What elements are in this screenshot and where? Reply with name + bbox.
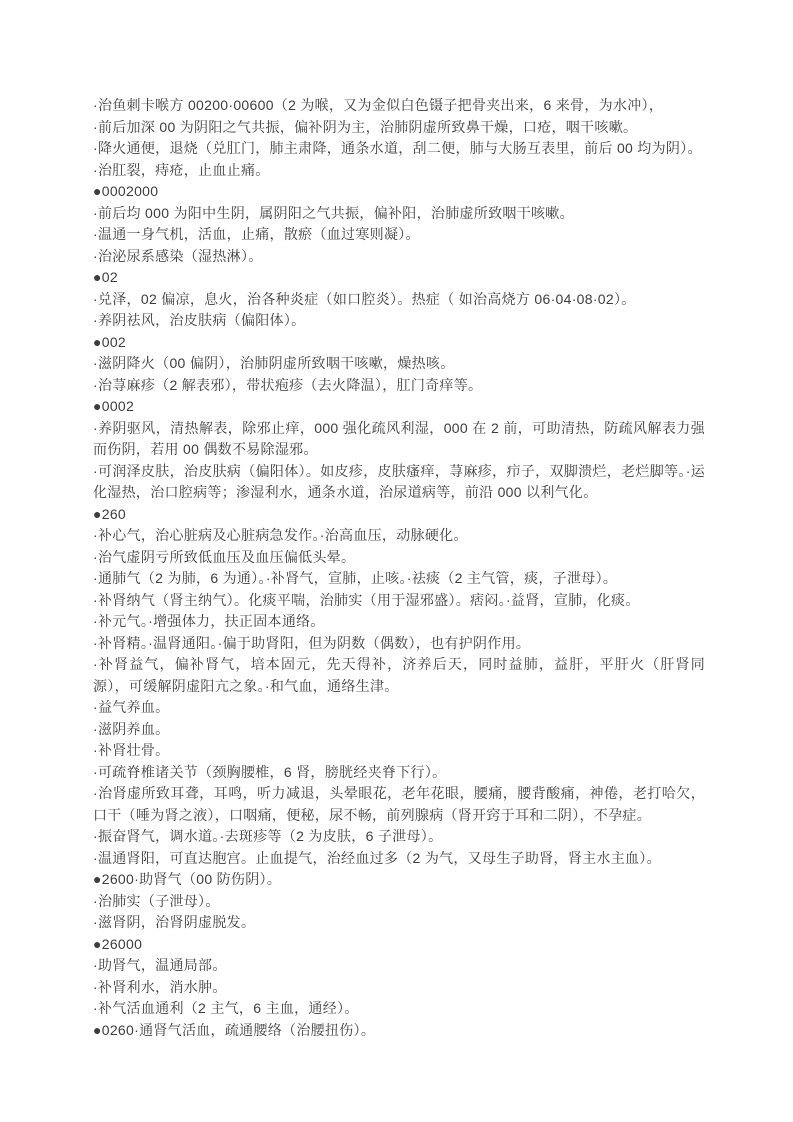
note-paragraph: ·补肾利水，消水肿。: [93, 977, 705, 999]
note-paragraph: ·治气虚阴亏所致低血压及血压偏低头晕。: [93, 547, 705, 569]
note-paragraph: ·治肛裂，痔疮，止血止痛。: [93, 160, 705, 182]
bullet-code-heading: ●002: [93, 332, 705, 354]
note-paragraph: ·补肾壮骨。: [93, 740, 705, 762]
note-paragraph: ·治肺实（子泄母）。: [93, 891, 705, 913]
note-paragraph: ·治肾虚所致耳聋，耳鸣，听力减退，头晕眼花，老年花眼，腰痛，腰背酸痛，神倦，老打…: [93, 783, 705, 826]
note-paragraph: ·补元气。·增强体力，扶正固本通络。: [93, 611, 705, 633]
note-paragraph: ·降火通便，退烧（兑肛门，肺主肃降，通条水道，刮二便，肺与大肠互表里，前后 00…: [93, 138, 705, 160]
bullet-code-heading: ●0002000: [93, 181, 705, 203]
note-paragraph: ·温通一身气机，活血，止痛，散瘀（血过寒则凝）。: [93, 224, 705, 246]
note-paragraph: ·可润泽皮肤，治皮肤病（偏阳体）。如皮疹，皮肤瘙痒，荨麻疹，疖子，双脚溃烂，老烂…: [93, 461, 705, 504]
note-paragraph: ·养阴祛风，治皮肤病（偏阳体）。: [93, 310, 705, 332]
note-paragraph: ·前后均 000 为阳中生阴，属阴阳之气共振，偏补阳，治肺虚所致咽干咳嗽。: [93, 203, 705, 225]
note-paragraph: ·补心气，治心脏病及心脏病急发作。·治高血压，动脉硬化。: [93, 525, 705, 547]
document-content: ·治鱼刺卡喉方 00200·00600（2 为喉，又为金似白色镊子把骨夹出来，6…: [93, 95, 705, 1041]
note-paragraph: ·滋肾阴，治肾阴虚脱发。: [93, 912, 705, 934]
note-paragraph: ·治荨麻疹（2 解表邪），带状疱疹（去火降温），肛门奇痒等。: [93, 375, 705, 397]
bullet-code-heading: ●260: [93, 504, 705, 526]
note-paragraph: ·滋阴养血。: [93, 719, 705, 741]
note-paragraph: ·益气养血。: [93, 697, 705, 719]
note-paragraph: ·治鱼刺卡喉方 00200·00600（2 为喉，又为金似白色镊子把骨夹出来，6…: [93, 95, 705, 117]
note-paragraph: ·治泌尿系感染（湿热淋）。: [93, 246, 705, 268]
bullet-code-heading: ●0002: [93, 396, 705, 418]
document-page: ·治鱼刺卡喉方 00200·00600（2 为喉，又为金似白色镊子把骨夹出来，6…: [0, 0, 793, 1122]
bullet-code-heading: ●02: [93, 267, 705, 289]
note-paragraph: ·补肾益气，偏补肾气，培本固元，先天得补，济养后天，同时益肺，益肝，平肝火（肝肾…: [93, 654, 705, 697]
bullet-code-heading: ●2600·助肾气（00 防伤阴）。: [93, 869, 705, 891]
note-paragraph: ·养阴驱风，清热解表，除邪止痒，000 强化疏风利湿，000 在 2 前，可助清…: [93, 418, 705, 461]
bullet-code-heading: ●26000: [93, 934, 705, 956]
note-paragraph: ·前后加深 00 为阴阳之气共振，偏补阴为主，治肺阴虚所致鼻干燥，口疮，咽干咳嗽…: [93, 117, 705, 139]
note-paragraph: ·兑泽，02 偏凉，息火，治各种炎症（如口腔炎）。热症（ 如治高烧方 06·04…: [93, 289, 705, 311]
note-paragraph: ·助肾气，温通局部。: [93, 955, 705, 977]
note-paragraph: ·补肾纳气（肾主纳气）。化痰平喘，治肺实（用于湿邪盛）。痞闷。·益肾，宣肺，化痰…: [93, 590, 705, 612]
note-paragraph: ·补肾精。·温肾通阳。·偏于助肾阳，但为阴数（偶数），也有护阴作用。: [93, 633, 705, 655]
note-paragraph: ·通肺气（2 为肺，6 为通）。·补肾气，宣肺，止咳。·祛痰（2 主气管，痰，子…: [93, 568, 705, 590]
note-paragraph: ·振奋肾气，调水道。·去斑疹等（2 为皮肤，6 子泄母）。: [93, 826, 705, 848]
note-paragraph: ·温通肾阳，可直达胞宫。止血提气，治经血过多（2 为气，又母生子助肾，肾主水主血…: [93, 848, 705, 870]
bullet-code-heading: ●0260·通肾气活血，疏通腰络（治腰扭伤）。: [93, 1020, 705, 1042]
note-paragraph: ·可疏脊椎诸关节（颈胸腰椎，6 肾，膀胱经夹脊下行）。: [93, 762, 705, 784]
note-paragraph: ·补气活血通利（2 主气，6 主血，通经）。: [93, 998, 705, 1020]
note-paragraph: ·滋阴降火（00 偏阴），治肺阴虚所致咽干咳嗽，燥热咳。: [93, 353, 705, 375]
